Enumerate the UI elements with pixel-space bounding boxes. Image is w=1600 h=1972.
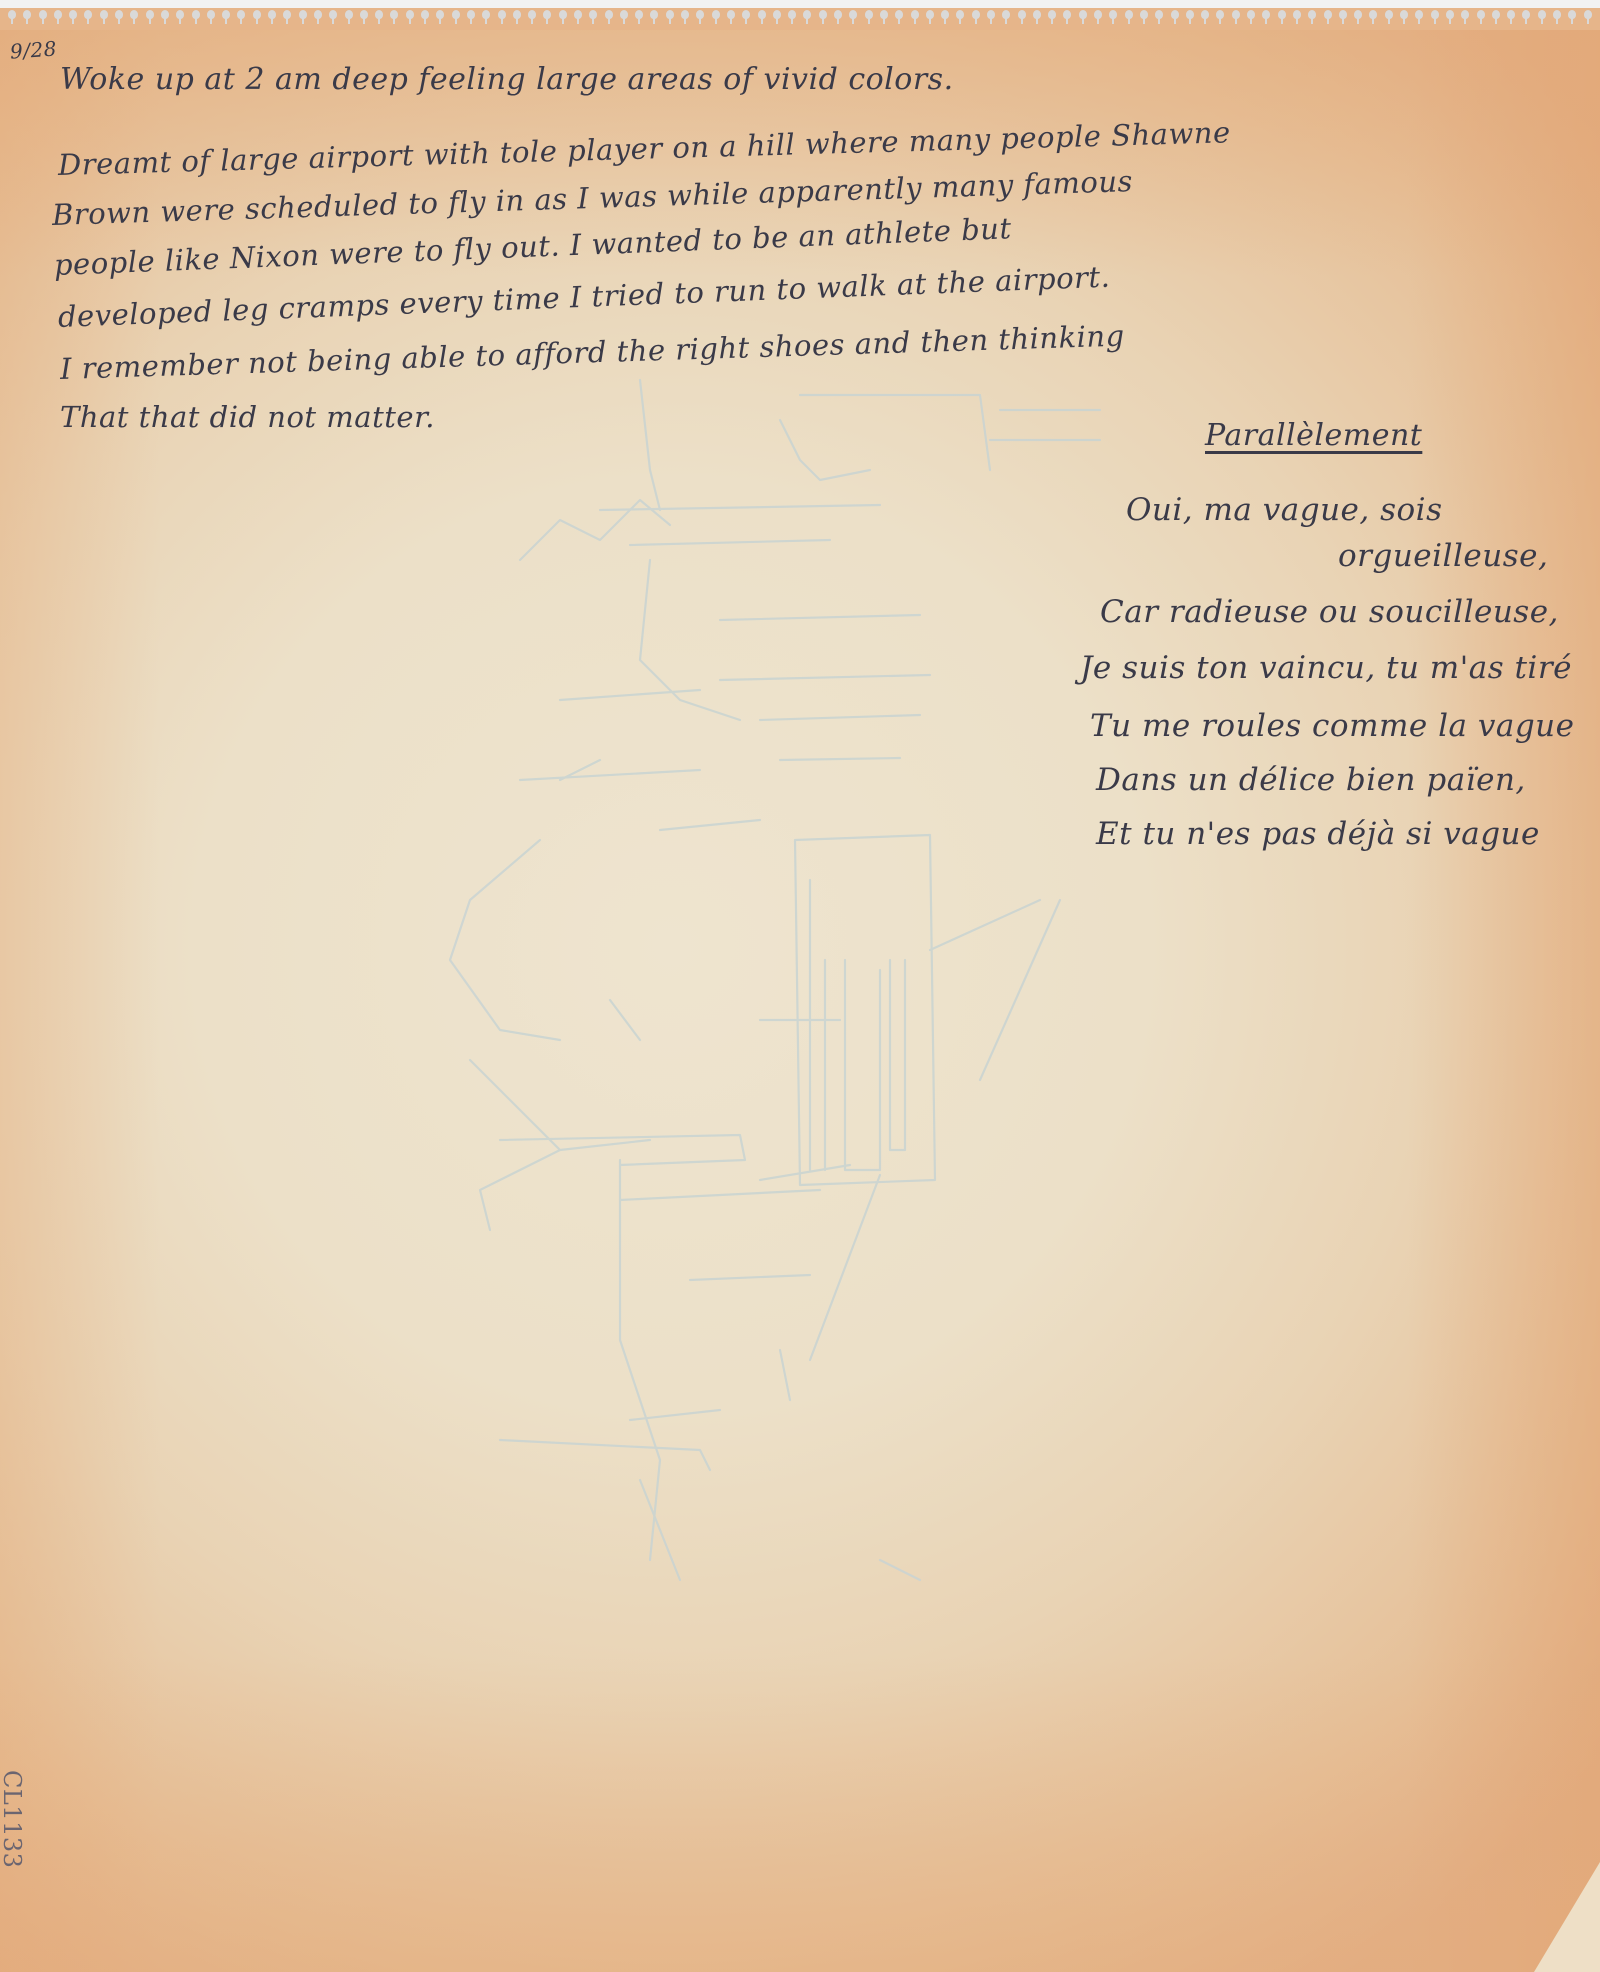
journal-line-7: That that did not matter. [60,400,435,434]
folded-page-corner [1534,1862,1600,1972]
poem-line-1: Oui, ma vague, sois [1126,492,1443,528]
poem-line-4: Je suis ton vaincu, tu m'as tiré [1080,650,1572,686]
poem-line-6: Dans un délice bien païen, [1096,762,1526,798]
journal-line-1: Woke up at 2 am deep feeling large areas… [60,62,954,97]
poem-line-5: Tu me roules comme la vague [1090,708,1574,744]
archive-number: CL1133 [0,1770,26,1868]
poem-line-3: Car radieuse ou soucilleuse, [1100,594,1559,630]
sketchbook-page: 9/28 Woke up at 2 am deep feeling large … [0,0,1600,1972]
poem-line-7: Et tu n'es pas déjà si vague [1096,816,1540,852]
entry-date: 9/28 [9,36,57,63]
poem-line-2: orgueilleuse, [1338,538,1548,574]
poem-title: Parallèlement [1205,418,1422,453]
